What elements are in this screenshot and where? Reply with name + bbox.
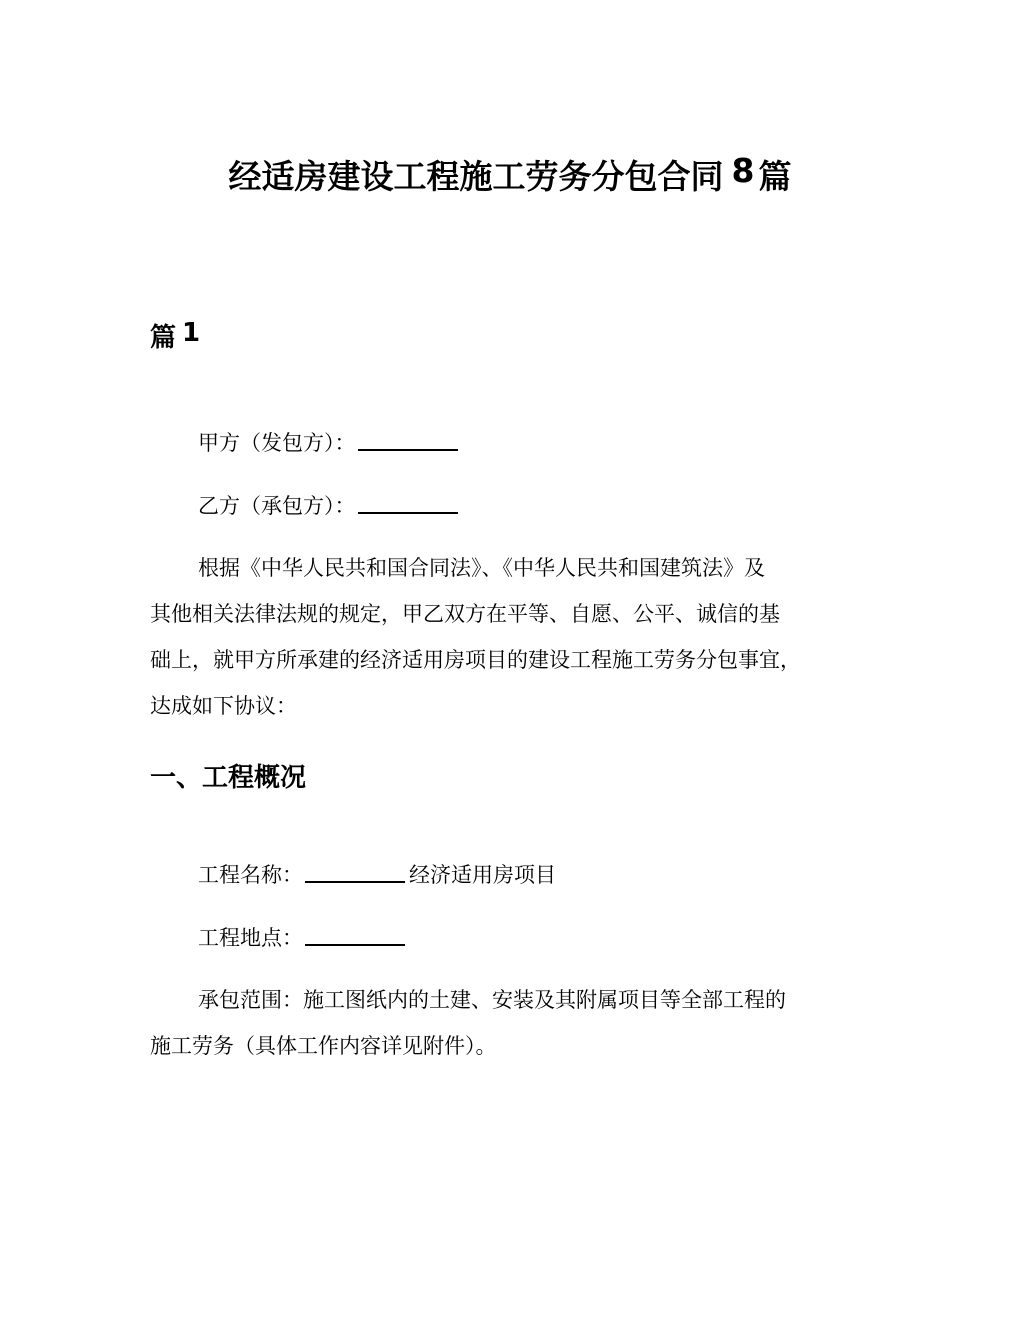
project-name-label: 工程名称： xyxy=(198,863,303,887)
preamble-line: 其他相关法律法规的规定，甲乙双方在平等、自愿、公平、诚信的基 xyxy=(150,591,870,637)
part-label: 篇 xyxy=(150,323,176,353)
title-suffix: 篇 xyxy=(758,157,791,196)
project-location-line: 工程地点： xyxy=(150,915,918,961)
section-1-heading: 一、工程概况 xyxy=(150,758,306,798)
scope-paragraph: 承包范围：施工图纸内的土建、安装及其附属项目等全部工程的 施工劳务（具体工作内容… xyxy=(150,977,870,1069)
party-a-line: 甲方（发包方）： xyxy=(150,420,918,466)
party-b-label: 乙方（承包方）： xyxy=(198,494,356,518)
document-title: 经适房建设工程施工劳务分包合同8篇 xyxy=(0,152,1020,202)
project-location-label: 工程地点： xyxy=(198,926,303,950)
party-a-label: 甲方（发包方）： xyxy=(198,431,356,455)
preamble-line: 达成如下协议： xyxy=(150,683,870,729)
title-number: 8 xyxy=(732,151,755,190)
preamble-paragraph: 根据《中华人民共和国合同法》、《中华人民共和国建筑法》及 其他相关法律法规的规定… xyxy=(150,545,870,729)
part-heading: 篇1 xyxy=(150,318,200,358)
document-page: 经适房建设工程施工劳务分包合同8篇 篇1 甲方（发包方）： 乙方（承包方）： 根… xyxy=(0,0,1020,1320)
scope-line: 承包范围：施工图纸内的土建、安装及其附属项目等全部工程的 xyxy=(150,977,870,1023)
party-b-blank[interactable] xyxy=(358,512,458,514)
title-text: 经适房建设工程施工劳务分包合同 xyxy=(229,157,724,196)
party-a-blank[interactable] xyxy=(358,449,458,451)
scope-line: 施工劳务（具体工作内容详见附件）。 xyxy=(150,1023,870,1069)
project-name-suffix: 经济适用房项目 xyxy=(409,863,556,887)
preamble-line: 础上，就甲方所承建的经济适用房项目的建设工程施工劳务分包事宜， xyxy=(150,637,870,683)
preamble-line: 根据《中华人民共和国合同法》、《中华人民共和国建筑法》及 xyxy=(150,545,870,591)
part-number: 1 xyxy=(182,318,200,348)
party-b-line: 乙方（承包方）： xyxy=(150,483,918,529)
project-location-blank[interactable] xyxy=(305,944,405,946)
project-name-blank[interactable] xyxy=(305,881,405,883)
project-name-line: 工程名称：经济适用房项目 xyxy=(150,852,918,898)
